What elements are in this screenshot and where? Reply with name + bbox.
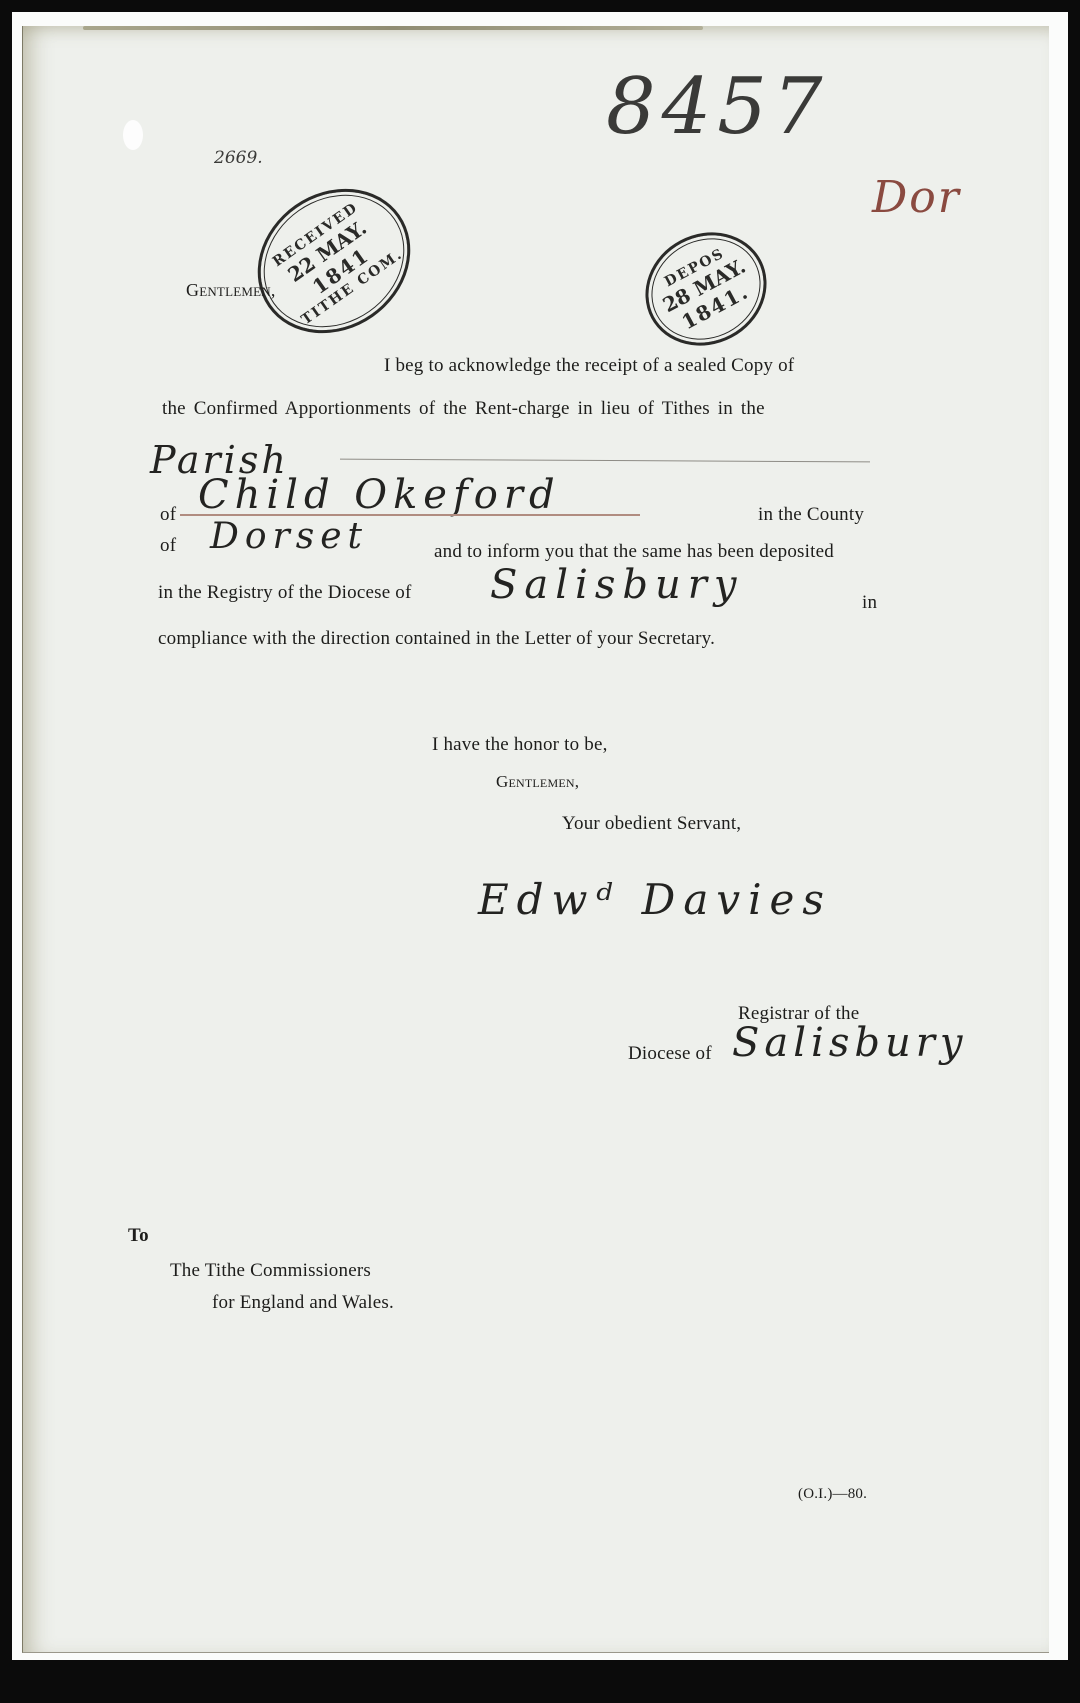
body-line-inform: and to inform you that the same has been… [434,541,834,563]
in-label: in [862,592,877,614]
address-to: To [128,1225,149,1247]
salutation: Gentlemen, [186,280,276,301]
signature: Edwᵈ Davies [478,875,832,924]
closing-line-3: Your obedient Servant, [562,813,741,835]
handwritten-diocese: Salisbury [490,562,743,608]
reference-number-large: 8457 [606,62,829,152]
body-line-1-text: I beg to acknowledge the receipt of a se… [384,355,794,376]
address-line-1: The Tithe Commissioners [170,1260,371,1282]
closing-line-1: I have the honor to be, [432,734,608,756]
body-line-compliance: compliance with the direction contained … [158,628,715,650]
reference-number-small: 2669. [214,148,263,168]
punch-hole [123,120,143,150]
handwritten-place-name: Child Okeford [198,472,561,518]
of-label-2: of [160,535,176,557]
form-code: (O.I.)—80. [798,1486,867,1503]
document-sheet [22,26,1049,1653]
of-label-1: of [160,504,176,526]
torn-top-edge [83,26,703,30]
closing-line-2: Gentlemen, [496,772,579,792]
body-line-registry: in the Registry of the Diocese of [158,582,412,604]
body-line-2: the Confirmed Apportionments of the Rent… [162,398,765,420]
handwritten-county: Dorset [210,516,368,557]
diocese-label: Diocese of [628,1043,712,1065]
body-line-1: I beg to acknowledge the receipt of a se… [384,355,794,377]
handwritten-diocese-signature: Salisbury [732,1020,967,1066]
in-the-county-label: in the County [758,504,864,526]
address-line-2: for England and Wales. [212,1292,394,1314]
county-abbrev-annotation: Dor [872,172,961,223]
